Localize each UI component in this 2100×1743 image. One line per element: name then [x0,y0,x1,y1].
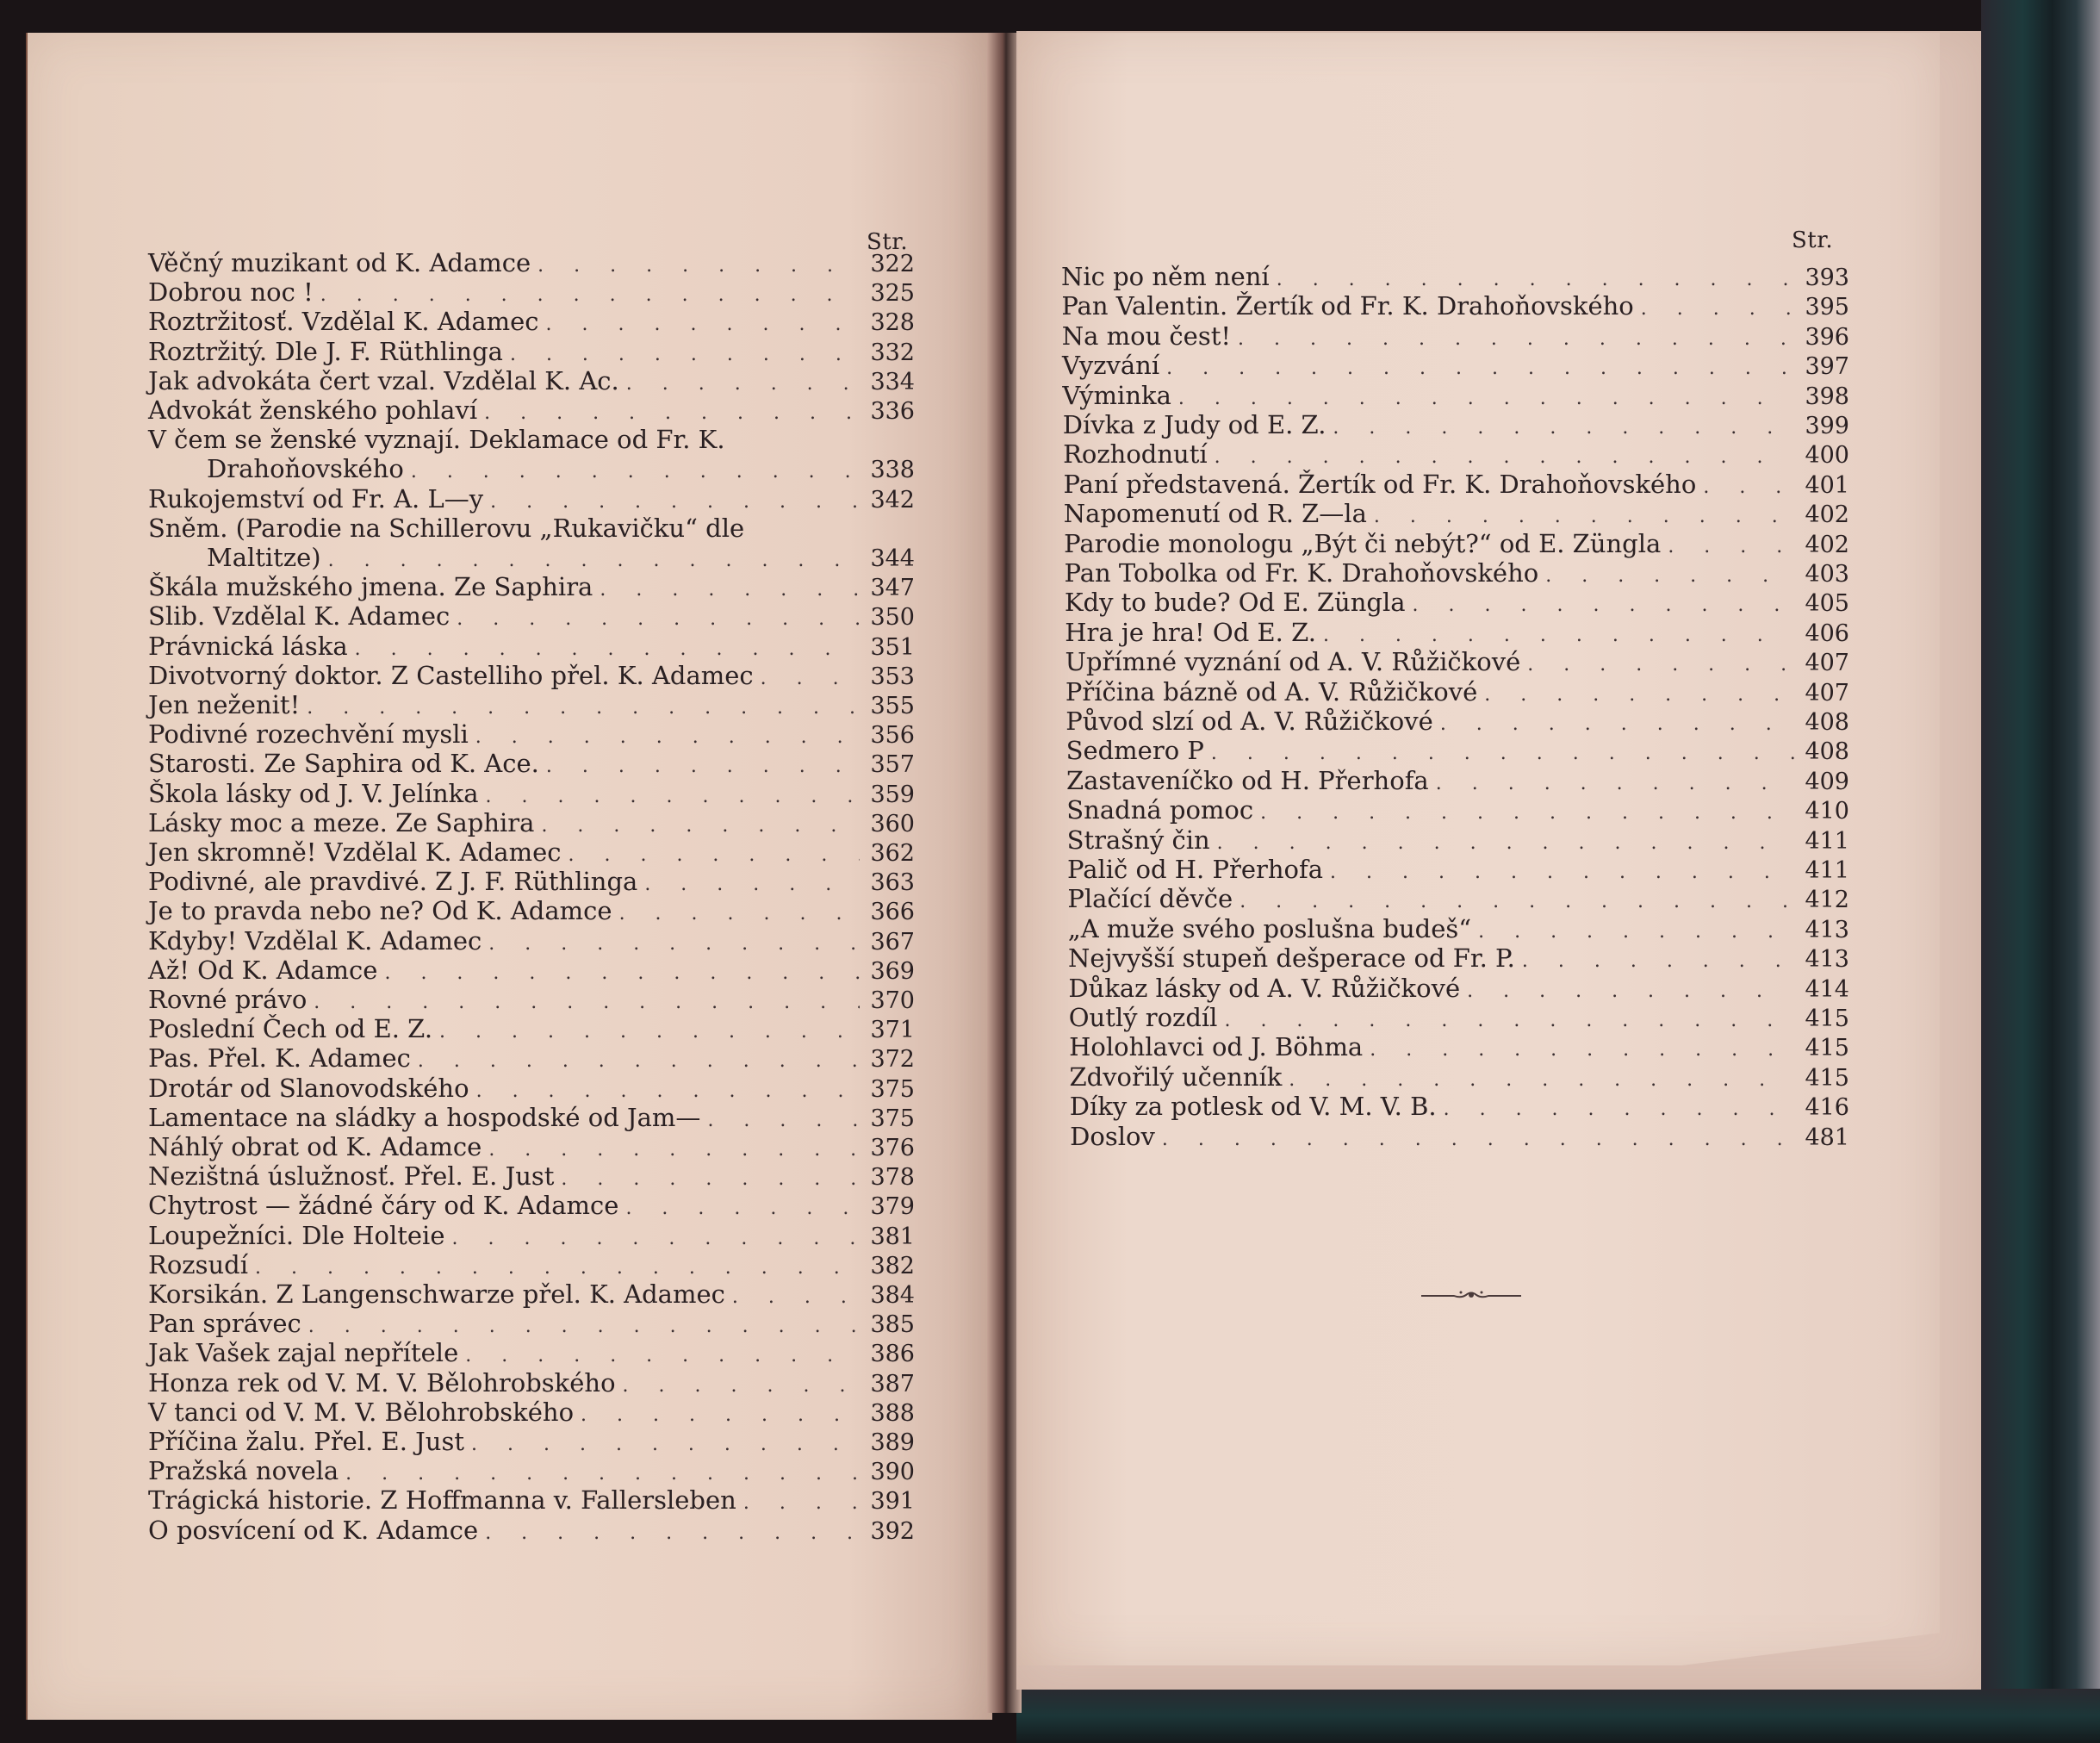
book-cover-edge [1981,0,2100,1743]
leader-dots: . . . . . . . . . . . . . . . . . . . . … [626,370,860,399]
toc-entry-page: 415 [1801,1064,1849,1093]
leader-dots: . . . . . . . . . . . . . . . . . . . . … [619,900,860,929]
toc-entry-page: 402 [1801,501,1849,530]
toc-entry: Zastaveníčko od H. Přerhofa . . . . . . … [1066,766,1849,795]
toc-entry-title: Slib. Vzdělal K. Adamec [148,601,450,631]
toc-entry: Pan Tobolka od Fr. K. Drahoňovského . . … [1065,558,1850,588]
toc-entry-title: Starosti. Ze Saphira od K. Ace. [148,749,539,778]
leader-dots: . . . . . . . . . . . . . . . . . . . . … [488,930,860,959]
toc-entry-page: 372 [867,1045,915,1074]
leader-dots: . . . . . . . . . . . . . . . . . . . . … [485,1519,860,1548]
toc-entry-title: Původ slzí od A. V. Růžičkové [1066,707,1433,736]
toc-entry-title: Lásky moc a meze. Ze Saphira [148,808,534,837]
leader-dots: . . . . . . . . . . . . . . . . . . . . … [418,1047,860,1076]
toc-entry-page: 325 [867,279,915,308]
toc-entry-page: 347 [867,574,915,603]
toc-entry-title: Nejvyšší stupeň dešperace od Fr. P. [1068,943,1515,973]
leader-dots: . . . . . . . . . . . . . . . . . . . . … [457,605,860,634]
toc-entry: Lásky moc a meze. Ze Saphira . . . . . .… [148,808,915,837]
toc-entry: Advokát ženského pohlaví . . . . . . . .… [148,395,915,425]
toc-entry-page: 415 [1801,1034,1849,1063]
toc-entry-page: 392 [867,1517,915,1547]
toc-entry: Lamentace na sládky a hospodské od Jam— … [148,1103,915,1132]
toc-entry: Upřímné vyznání od A. V. Růžičkové . . .… [1066,647,1849,676]
toc-entry: Parodie monologu „Být či nebýt?“ od E. Z… [1064,529,1849,558]
toc-entry-title: Roztržitý. Dle J. F. Rüthlinga [148,337,503,366]
toc-entry-title: Škála mužského jmena. Ze Saphira [148,572,593,601]
leader-dots: . . . . . . . . . . . . . . . . . . . . … [581,1401,860,1430]
toc-entry-page: 393 [1801,264,1849,293]
toc-entry-title: Napomenutí od R. Z—la [1064,499,1367,528]
toc-entry: V tanci od V. M. V. Bělohrobského . . . … [148,1398,915,1427]
leader-dots: . . . . . . . . . . . . . . . . . . . . … [1440,710,1794,739]
toc-entry: Je to pravda nebo ne? Od K. Adamce . . .… [148,896,915,925]
toc-entry-title: Jak advokáta čert vzal. Vzdělal K. Ac. [148,366,619,395]
toc-entry-page: 411 [1801,856,1849,886]
toc-entry: Korsikán. Z Langenschwarze přel. K. Adam… [148,1279,915,1309]
toc-entry-title: Rozsudí [148,1250,248,1279]
toc-entry-title: Pan Valentin. Žertík od Fr. K. Drahoňovs… [1061,291,1633,321]
toc-entry-page: 397 [1801,352,1849,382]
toc-entry-title: Výminka [1062,381,1171,410]
leader-dots: . . . . . . . . . . . . . . . . . . . . … [1211,739,1794,769]
toc-entry: Pan správec . . . . . . . . . . . . . . … [148,1309,915,1338]
toc-entry-title: Zastaveníčko od H. Přerhofa [1066,766,1429,795]
toc-entry: Snadná pomoc . . . . . . . . . . . . . .… [1066,795,1849,825]
toc-entry-page: 401 [1801,471,1849,501]
toc-entry: Rovné právo . . . . . . . . . . . . . . … [148,985,915,1014]
toc-entry-title: Holohlavci od J. Böhma [1069,1032,1363,1061]
toc-entry: Rukojemství od Fr. A. L—y . . . . . . . … [148,484,915,514]
leader-dots: . . . . . . . . . . . . . . . . . . . . … [743,1489,860,1518]
toc-entry-title: Lamentace na sládky a hospodské od Jam— [148,1103,700,1132]
toc-entry-page: 342 [867,486,915,515]
toc-entry: O posvícení od K. Adamce . . . . . . . .… [148,1516,915,1545]
toc-entry-page: 388 [867,1399,915,1429]
toc-entry-title: Chytrost — žádné čáry od K. Adamce [148,1191,618,1220]
toc-entry: Původ slzí od A. V. Růžičkové . . . . . … [1066,707,1849,736]
toc-entry-title: Jen neženit! [148,690,300,719]
leader-dots: . . . . . . . . . . . . . . . . . . . . … [476,1077,860,1106]
toc-entry-page: 357 [867,750,915,780]
leader-dots: . . . . . . . . . . . . . . . . . . . . … [308,1312,860,1341]
toc-entry-page: 399 [1801,412,1849,441]
toc-entry-title: Parodie monologu „Být či nebýt?“ od E. Z… [1064,529,1661,558]
toc-entry: Příčina žalu. Přel. E. Just . . . . . . … [148,1427,915,1456]
toc-entry: Nejvyšší stupeň dešperace od Fr. P. . . … [1068,943,1849,973]
leader-dots: . . . . . . . . . . . . . . . . . . . . … [1217,829,1794,858]
toc-entry: Až! Od K. Adamce . . . . . . . . . . . .… [148,956,915,985]
leader-dots: . . . . . . . . . . . . . . . . . . . . … [546,310,860,339]
toc-entry-page: 387 [867,1370,915,1399]
toc-entry-title: Zdvořilý učenník [1069,1062,1282,1092]
leader-dots: . . . . . . . . . . . . . . . . . . . . … [1277,265,1794,295]
leader-dots: . . . . . . . . . . . . . . . . . . . . … [486,782,860,812]
leader-dots: . . . . . . . . . . . . . . . . . . . . … [1215,443,1794,472]
toc-entry: Jak advokáta čert vzal. Vzdělal K. Ac. .… [148,366,915,395]
leader-dots: . . . . . . . . . . . . . . . . . . . . … [1641,295,1794,324]
toc-entry: Napomenutí od R. Z—la . . . . . . . . . … [1064,499,1849,528]
toc-entry-title: Příčina žalu. Přel. E. Just [148,1427,464,1456]
toc-entry-title: Drotár od Slanovodského [148,1074,469,1103]
leader-dots: . . . . . . . . . . . . . . . . . . . . … [561,1165,860,1194]
toc-entry-title: Roztržitosť. Vzdělal K. Adamec [148,307,539,336]
toc-entry-title: Příčina bázně od A. V. Růžičkové [1066,677,1477,707]
toc-entry-page: 408 [1801,708,1849,738]
leader-dots: . . . . . . . . . . . . . . . . . . . . … [625,1194,860,1223]
toc-entry-page: 400 [1801,441,1849,470]
toc-entry: Důkaz lásky od A. V. Růžičkové . . . . .… [1068,974,1849,1003]
book-cover-bottom [1016,1689,2100,1743]
toc-entry-page: 379 [867,1192,915,1222]
toc-entry-page: 403 [1801,560,1849,589]
toc-entry-page: 406 [1801,619,1849,649]
toc-entry: Nic po něm není . . . . . . . . . . . . … [1061,262,1849,291]
toc-entry-page: 405 [1801,589,1849,619]
toc-entry-page: 413 [1801,916,1849,945]
toc-entry: Holohlavci od J. Böhma . . . . . . . . .… [1069,1032,1849,1061]
leader-dots: . . . . . . . . . . . . . . . . . . . . … [465,1341,860,1371]
toc-entry: Rozhodnutí . . . . . . . . . . . . . . .… [1063,439,1849,469]
toc-entry-title: Škola lásky od J. V. Jelínka [148,779,479,808]
toc-entry-page: 411 [1801,827,1849,856]
toc-entry-title: Podivné rozechvění mysli [148,719,469,749]
toc-entry-title: Strašný čin [1067,825,1210,855]
toc-entry: Drotár od Slanovodského . . . . . . . . … [148,1074,915,1103]
toc-entry: Jen neženit! . . . . . . . . . . . . . .… [148,690,915,719]
leader-dots: . . . . . . . . . . . . . . . . . . . . … [732,1283,860,1312]
toc-entry-title: Až! Od K. Adamce [148,956,377,985]
leader-dots: . . . . . . . . . . . . . . . . . . . . … [475,723,860,752]
toc-entry-title: Divotvorný doktor. Z Castelliho přel. K.… [148,661,754,690]
toc-entry-title: Jen skromně! Vzdělal K. Adamec [148,837,561,867]
toc-entry: Chytrost — žádné čáry od K. Adamce . . .… [148,1191,915,1220]
toc-entry-page: 381 [867,1223,915,1252]
leader-dots: . . . . . . . . . . . . . . . . . . . . … [452,1224,861,1254]
leader-dots: . . . . . . . . . . . . . . . . . . . . … [355,635,860,664]
page-column-header: Str. [1792,227,1833,253]
leader-dots: . . . . . . . . . . . . . . . . . . . . … [1289,1066,1794,1095]
toc-entry-page: 378 [867,1163,915,1192]
toc-entry-page: 356 [867,721,915,750]
toc-entry-title: Věčný muzikant od K. Adamce [148,248,531,277]
toc-entry-page: 363 [867,868,915,898]
toc-entry: Divotvorný doktor. Z Castelliho přel. K.… [148,661,915,690]
toc-entry-page: 366 [867,898,915,927]
toc-entry-title: Snadná pomoc [1066,795,1253,825]
leader-dots: . . . . . . . . . . . . . . . . . . . . … [600,576,860,605]
toc-entry-title: Sněm. (Parodie na Schillerovu „Rukavičku… [148,514,744,543]
toc-entry-page: 359 [867,781,915,810]
toc-entry-title: Nezištná úslužnosť. Přel. E. Just [148,1161,554,1191]
toc-entry-title: V čem se ženské vyznají. Deklamace od Fr… [148,425,725,454]
toc-entry: Poslední Čech od E. Z. . . . . . . . . .… [148,1014,915,1043]
leader-dots: . . . . . . . . . . . . . . . . . . . . … [484,399,860,428]
toc-entry-title: Kdyby! Vzdělal K. Adamec [148,926,482,956]
toc-entry-title: „A muže svého poslušna budeš“ [1068,914,1471,943]
toc-entry: Hra je hra! Od E. Z. . . . . . . . . . .… [1065,618,1849,647]
toc-entry-title: O posvícení od K. Adamce [148,1516,478,1545]
leader-dots: . . . . . . . . . . . . . . . . . . . . … [1478,918,1794,947]
leader-dots: . . . . . . . . . . . . . . . . . . . . … [1178,384,1794,414]
toc-entry-page: 389 [867,1429,915,1458]
toc-entry-page: 369 [867,957,915,987]
toc-entry-page: 410 [1801,797,1849,826]
toc-entry-title: Paní představená. Žertík od Fr. K. Draho… [1063,470,1696,499]
toc-entry: Věčný muzikant od K. Adamce . . . . . . … [148,248,915,277]
leader-dots: . . . . . . . . . . . . . . . . . . . . … [490,488,860,517]
leader-dots: . . . . . . . . . . . . . . . . . . . . … [541,812,860,841]
toc-entry: Právnická láska . . . . . . . . . . . . … [148,632,915,661]
toc-entry: Paní představená. Žertík od Fr. K. Draho… [1063,470,1849,499]
toc-entry: Plačící děvče . . . . . . . . . . . . . … [1067,884,1849,913]
toc-entry-title: Palič od H. Přerhofa [1067,855,1323,884]
toc-entry-page: 407 [1801,649,1849,678]
toc-entry-page: 375 [867,1105,915,1134]
toc-entry-title: Nic po něm není [1061,262,1270,291]
leader-dots: . . . . . . . . . . . . . . . . . . . . … [411,458,860,487]
toc-entry-title: Pan správec [148,1309,301,1338]
toc-entry-page: 382 [867,1252,915,1281]
leader-dots: . . . . . . . . . . . . . . . . . . . . … [1467,977,1794,1006]
leader-dots: . . . . . . . . . . . . . . . . . . . . … [1239,887,1794,917]
leader-dots: . . . . . . . . . . . . . . . . . . . . … [623,1372,860,1401]
toc-entry-title: Drahoňovského [148,454,404,483]
toc-entry: Sedmero P . . . . . . . . . . . . . . . … [1066,736,1849,765]
leader-dots: . . . . . . . . . . . . . . . . . . . . … [314,988,860,1018]
toc-entry-title: Pan Tobolka od Fr. K. Drahoňovského [1065,558,1539,588]
toc-entry: Strašný čin . . . . . . . . . . . . . . … [1067,825,1849,855]
leader-dots: . . . . . . . . . . . . . . . . . . . . … [320,281,860,310]
leader-dots: . . . . . . . . . . . . . . . . . . . . … [1238,325,1794,354]
leader-dots: . . . . . . . . . . . . . . . . . . . . … [384,959,860,988]
toc-entry: Maltitze) . . . . . . . . . . . . . . . … [148,543,915,572]
toc-entry-page: 402 [1801,531,1849,560]
toc-entry: „A muže svého poslušna budeš“ . . . . . … [1068,914,1849,943]
toc-entry-title: Hra je hra! Od E. Z. [1065,618,1316,647]
toc-entry-title: Doslov [1070,1122,1155,1151]
leader-dots: . . . . . . . . . . . . . . . . . . . . … [1374,502,1794,532]
toc-entry-page: 414 [1801,975,1849,1005]
toc-entry: Na mou čest! . . . . . . . . . . . . . .… [1062,321,1849,351]
toc-entry-page: 396 [1801,323,1849,352]
toc-entry-page: 370 [867,987,915,1016]
leader-dots: . . . . . . . . . . . . . . . . . . . . … [345,1460,860,1489]
toc-entry-page: 338 [867,456,915,485]
toc-entry: Nezištná úslužnosť. Přel. E. Just . . . … [148,1161,915,1191]
toc-entry-page: 328 [867,308,915,338]
leader-dots: . . . . . . . . . . . . . . . . . . . . … [255,1254,860,1283]
leader-dots: . . . . . . . . . . . . . . . . . . . . … [568,841,860,870]
leader-dots: . . . . . . . . . . . . . . . . . . . . … [1224,1006,1794,1036]
toc-entry: Pan Valentin. Žertík od Fr. K. Drahoňovs… [1061,291,1849,321]
toc-entry-title: Na mou čest! [1062,321,1231,351]
toc-entry-page: 386 [867,1340,915,1369]
leader-dots: . . . . . . . . . . . . . . . . . . . . … [1330,858,1794,887]
toc-entry: Příčina bázně od A. V. Růžičkové . . . .… [1066,677,1849,707]
leader-dots: . . . . . . . . . . . . . . . . . . . . … [707,1106,860,1136]
leader-dots: . . . . . . . . . . . . . . . . . . . . … [1370,1036,1794,1065]
leader-dots: . . . . . . . . . . . . . . . . . . . . … [1436,769,1794,799]
leader-dots: . . . . . . . . . . . . . . . . . . . . … [1323,621,1794,651]
toc-entry: Vyzvání . . . . . . . . . . . . . . . . … [1062,351,1849,380]
toc-entry-title: Díky za potlesk od V. M. V. B. [1070,1092,1437,1121]
toc-entry-page: 332 [867,339,915,368]
toc-entry-title: Důkaz lásky od A. V. Růžičkové [1068,974,1460,1003]
toc-entry-title: Pas. Přel. K. Adamec [148,1043,411,1073]
toc-entry: Škála mužského jmena. Ze Saphira . . . .… [148,572,915,601]
leader-dots: . . . . . . . . . . . . . . . . . . . . … [439,1018,860,1047]
toc-entry: Podivné rozechvění mysli . . . . . . . .… [148,719,915,749]
toc-entry-title: Advokát ženského pohlaví [148,395,477,425]
leader-dots: . . . . . . . . . . . . . . . . . . . . … [1260,799,1794,828]
toc-entry-page: 376 [867,1134,915,1163]
toc-entry-page: 384 [867,1281,915,1310]
leader-dots: . . . . . . . . . . . . . . . . . . . . … [1703,473,1794,502]
toc-entry-title: Upřímné vyznání od A. V. Růžičkové [1066,647,1521,676]
toc-entry-page: 336 [867,397,915,426]
leader-dots: . . . . . . . . . . . . . . . . . . . . … [510,340,860,370]
ornament-flourish-icon [1420,1289,1523,1301]
toc-entry: Loupežníci. Dle Holteie . . . . . . . . … [148,1221,915,1250]
toc-entry-title: Rukojemství od Fr. A. L—y [148,484,483,514]
leader-dots: . . . . . . . . . . . . . . . . . . . . … [1413,591,1794,620]
toc-entry-page: 362 [867,839,915,868]
toc-entry-page: 481 [1801,1124,1849,1153]
toc-entry: Škola lásky od J. V. Jelínka . . . . . .… [148,779,915,808]
toc-entry-page: 391 [867,1487,915,1516]
toc-entry: Náhlý obrat od K. Adamce . . . . . . . .… [148,1132,915,1161]
leader-dots: . . . . . . . . . . . . . . . . . . . . … [1527,651,1794,680]
toc-entry: Starosti. Ze Saphira od K. Ace. . . . . … [148,749,915,778]
leader-dots: . . . . . . . . . . . . . . . . . . . . … [644,870,860,900]
toc-entry-page: 385 [867,1310,915,1340]
toc-entry-page: 350 [867,603,915,632]
toc-entry-title: Rovné právo [148,985,307,1014]
leader-dots: . . . . . . . . . . . . . . . . . . . . … [537,252,860,281]
toc-entry-page: 409 [1801,768,1849,797]
leader-dots: . . . . . . . . . . . . . . . . . . . . … [471,1430,860,1460]
toc-entry-page: 413 [1801,945,1849,974]
toc-entry: Dobrou noc ! . . . . . . . . . . . . . .… [148,277,915,307]
left-page: Str. Věčný muzikant od K. Adamce . . . .… [26,33,992,1720]
toc-entry: Roztržitosť. Vzdělal K. Adamec . . . . .… [148,307,915,336]
toc-entry: Podivné, ale pravdivé. Z J. F. Rüthlinga… [148,867,915,896]
toc-entry-title: Právnická láska [148,632,348,661]
toc-entry: Trágická historie. Z Hoffmanna v. Faller… [148,1485,915,1515]
toc-entry: Pas. Přel. K. Adamec . . . . . . . . . .… [148,1043,915,1073]
leader-dots: . . . . . . . . . . . . . . . . . . . . … [761,664,860,694]
toc-entry: Kdy to bude? Od E. Züngla . . . . . . . … [1065,588,1849,617]
toc-entry-title: Plačící děvče [1067,884,1233,913]
toc-entry: Pražská novela . . . . . . . . . . . . .… [148,1456,915,1485]
toc-entry-title: Kdy to bude? Od E. Züngla [1065,588,1406,617]
toc-entry-page: 344 [867,545,915,574]
toc-entry-title: Dobrou noc ! [148,277,314,307]
toc-entry: Palič od H. Přerhofa . . . . . . . . . .… [1067,855,1849,884]
toc-entry-page: 398 [1801,383,1849,412]
toc-entry: Výminka . . . . . . . . . . . . . . . . … [1062,381,1849,410]
toc-entry: V čem se ženské vyznají. Deklamace od Fr… [148,425,915,454]
right-page: Str. Nic po něm není . . . . . . . . . .… [1018,33,1940,1665]
toc-entry-title: V tanci od V. M. V. Bělohrobského [148,1398,574,1427]
toc-entry-title: Outlý rozdíl [1069,1003,1218,1032]
leader-dots: . . . . . . . . . . . . . . . . . . . . … [546,752,860,781]
toc-entry: Sněm. (Parodie na Schillerovu „Rukavičku… [148,514,915,543]
toc-entry-title: Trágická historie. Z Hoffmanna v. Faller… [148,1485,736,1515]
toc-entry: Kdyby! Vzdělal K. Adamec . . . . . . . .… [148,926,915,956]
toc-entry-page: 367 [867,928,915,957]
toc-entry-page: 355 [867,692,915,721]
leader-dots: . . . . . . . . . . . . . . . . . . . . … [488,1136,860,1165]
toc-entry-page: 407 [1801,679,1849,708]
leader-dots: . . . . . . . . . . . . . . . . . . . . … [1166,354,1794,383]
toc-entry-page: 412 [1801,886,1849,915]
toc-entry: Roztržitý. Dle J. F. Rüthlinga . . . . .… [148,337,915,366]
toc-entry-title: Maltitze) [148,543,321,572]
toc-entry: Zdvořilý učenník . . . . . . . . . . . .… [1069,1062,1849,1092]
toc-entry: Drahoňovského . . . . . . . . . . . . . … [148,454,915,483]
leader-dots: . . . . . . . . . . . . . . . . . . . . … [1162,1125,1794,1155]
leader-dots: . . . . . . . . . . . . . . . . . . . . … [1668,532,1794,562]
toc-entry-page: 351 [867,633,915,663]
toc-entry-title: Honza rek od V. M. V. Bělohrobského [148,1368,616,1398]
toc-entry-page: 390 [867,1458,915,1487]
toc-entry-page: 334 [867,368,915,397]
toc-entry: Jak Vašek zajal nepřítele . . . . . . . … [148,1338,915,1367]
toc-entry: Outlý rozdíl . . . . . . . . . . . . . .… [1069,1003,1849,1032]
leader-dots: . . . . . . . . . . . . . . . . . . . . … [1522,947,1794,976]
toc-entry: Jen skromně! Vzdělal K. Adamec . . . . .… [148,837,915,867]
leader-dots: . . . . . . . . . . . . . . . . . . . . … [1333,414,1794,443]
toc-entry: Rozsudí . . . . . . . . . . . . . . . . … [148,1250,915,1279]
leader-dots: . . . . . . . . . . . . . . . . . . . . … [1484,681,1794,710]
toc-entry-page: 408 [1801,738,1849,767]
toc-entry-title: Dívka z Judy od E. Z. [1063,410,1326,439]
toc-entry-title: Jak Vašek zajal nepřítele [148,1338,458,1367]
leader-dots: . . . . . . . . . . . . . . . . . . . . … [328,546,860,576]
toc-entry-page: 375 [867,1075,915,1105]
toc-entry-title: Vyzvání [1062,351,1159,380]
toc-entry-page: 371 [867,1016,915,1045]
toc-entry-page: 416 [1801,1093,1849,1123]
toc-entry-page: 395 [1801,293,1849,322]
toc-entry-page: 415 [1801,1005,1849,1034]
toc-entry: Díky za potlesk od V. M. V. B. . . . . .… [1070,1092,1849,1121]
toc-entry-title: Náhlý obrat od K. Adamce [148,1132,482,1161]
leader-dots: . . . . . . . . . . . . . . . . . . . . … [1545,562,1794,591]
toc-entry-page: 360 [867,810,915,839]
leader-dots: . . . . . . . . . . . . . . . . . . . . … [307,694,860,723]
toc-entry-title: Korsikán. Z Langenschwarze přel. K. Adam… [148,1279,725,1309]
toc-entry: Slib. Vzdělal K. Adamec . . . . . . . . … [148,601,915,631]
toc-entry: Dívka z Judy od E. Z. . . . . . . . . . … [1063,410,1849,439]
toc-entry-title: Loupežníci. Dle Holteie [148,1221,445,1250]
toc-entry: Honza rek od V. M. V. Bělohrobského . . … [148,1368,915,1398]
toc-entry-title: Rozhodnutí [1063,439,1208,469]
toc-entry-page: 353 [867,663,915,692]
toc-entry-title: Sedmero P [1066,736,1204,765]
toc-entry-title: Poslední Čech od E. Z. [148,1014,432,1043]
toc-entry-page: 322 [867,250,915,279]
toc-entry-title: Je to pravda nebo ne? Od K. Adamce [148,896,612,925]
leader-dots: . . . . . . . . . . . . . . . . . . . . … [1444,1095,1794,1124]
toc-entry: Doslov . . . . . . . . . . . . . . . . .… [1070,1122,1849,1151]
toc-entry-title: Podivné, ale pravdivé. Z J. F. Rüthlinga [148,867,637,896]
toc-entry-title: Pražská novela [148,1456,339,1485]
